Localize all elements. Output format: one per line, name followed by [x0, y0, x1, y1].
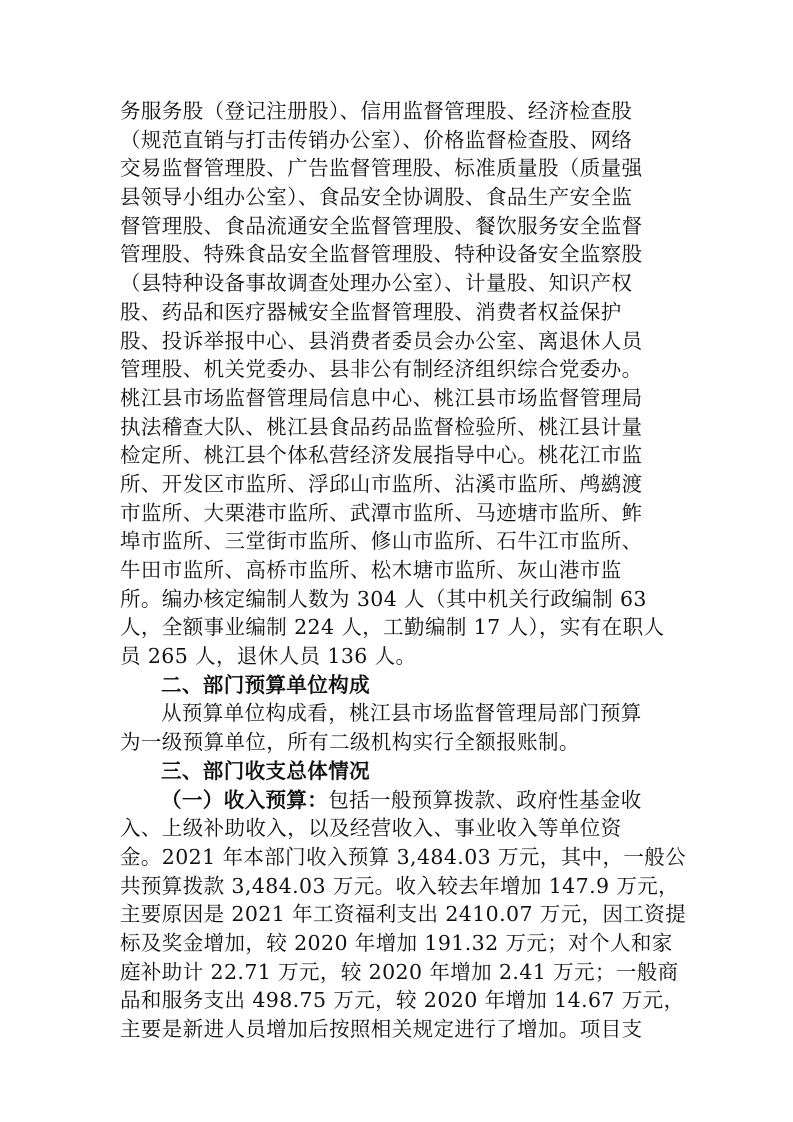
text-line: 督管理股、食品流通安全监督管理股、餐饮服务安全监督 — [120, 212, 660, 241]
text-line: 所。编办核定编制人数为 304 人（其中机关行政编制 63 — [120, 585, 660, 614]
text-line: 入、上级补助收入，以及经营收入、事业收入等单位资 — [120, 814, 660, 843]
document-page: 务服务股（登记注册股）、信用监督管理股、经济检查股 （规范直销与打击传销办公室）… — [120, 97, 660, 1044]
text-line: 管理股、特殊食品安全监督管理股、特种设备安全监察股 — [120, 240, 660, 269]
text-line: 从预算单位构成看，桃江县市场监督管理局部门预算 — [120, 699, 660, 728]
text-line: 埠市监所、三堂街市监所、修山市监所、石牛江市监所、 — [120, 527, 660, 556]
text-line: （一）收入预算：包括一般预算拨款、政府性基金收 — [120, 786, 660, 815]
text-line: 共预算拨款 3,484.03 万元。收入较去年增加 147.9 万元， — [120, 872, 660, 901]
section-budget-units: 二、部门预算单位构成 从预算单位构成看，桃江县市场监督管理局部门预算 为一级预算… — [120, 671, 660, 757]
text-run: 包括一般预算拨款、政府性基金收 — [328, 788, 642, 812]
text-line: 庭补助计 22.71 万元，较 2020 年增加 2.41 万元；一般商 — [120, 958, 660, 987]
text-line: 为一级预算单位，所有二级机构实行全额报账制。 — [120, 728, 660, 757]
text-line: 主要原因是 2021 年工资福利支出 2410.07 万元，因工资提 — [120, 900, 660, 929]
text-line: 人，全额事业编制 224 人，工勤编制 17 人），实有在职人 — [120, 613, 660, 642]
text-line: 桃江县市场监督管理局信息中心、桃江县市场监督管理局 — [120, 384, 660, 413]
text-line: 牛田市监所、高桥市监所、松木塘市监所、灰山港市监 — [120, 556, 660, 585]
text-line: 金。2021 年本部门收入预算 3,484.03 万元，其中，一般公 — [120, 843, 660, 872]
section-heading: 二、部门预算单位构成 — [120, 671, 660, 700]
subheading-label: （一）收入预算： — [161, 788, 328, 812]
text-line: 交易监督管理股、广告监督管理股、标准质量股（质量强 — [120, 154, 660, 183]
text-line: 县领导小组办公室）、食品安全协调股、食品生产安全监 — [120, 183, 660, 212]
section-heading: 三、部门收支总体情况 — [120, 757, 660, 786]
text-line: 市监所、大栗港市监所、武潭市监所、马迹塘市监所、鲊 — [120, 499, 660, 528]
text-line: 务服务股（登记注册股）、信用监督管理股、经济检查股 — [120, 97, 660, 126]
text-line: 股、投诉举报中心、县消费者委员会办公室、离退休人员 — [120, 327, 660, 356]
section-income-expenditure: 三、部门收支总体情况 （一）收入预算：包括一般预算拨款、政府性基金收 入、上级补… — [120, 757, 660, 1044]
text-line: 标及奖金增加，较 2020 年增加 191.32 万元；对个人和家 — [120, 929, 660, 958]
text-line: 主要是新进人员增加后按照相关规定进行了增加。项目支 — [120, 1015, 660, 1044]
text-line: 管理股、机关党委办、县非公有制经济组织综合党委办。 — [120, 355, 660, 384]
text-line: 品和服务支出 498.75 万元，较 2020 年增加 14.67 万元， — [120, 986, 660, 1015]
text-line: （县特种设备事故调查处理办公室）、计量股、知识产权 — [120, 269, 660, 298]
text-line: 检定所、桃江县个体私营经济发展指导中心。桃花江市监 — [120, 441, 660, 470]
text-line: 股、药品和医疗器械安全监督管理股、消费者权益保护 — [120, 298, 660, 327]
text-line: （规范直销与打击传销办公室）、价格监督检查股、网络 — [120, 126, 660, 155]
text-line: 执法稽查大队、桃江县食品药品监督检验所、桃江县计量 — [120, 413, 660, 442]
section-institutions-paragraph: 务服务股（登记注册股）、信用监督管理股、经济检查股 （规范直销与打击传销办公室）… — [120, 97, 660, 671]
text-line: 所、开发区市监所、浮邱山市监所、沾溪市监所、鸬鹚渡 — [120, 470, 660, 499]
text-line: 员 265 人，退休人员 136 人。 — [120, 642, 660, 671]
